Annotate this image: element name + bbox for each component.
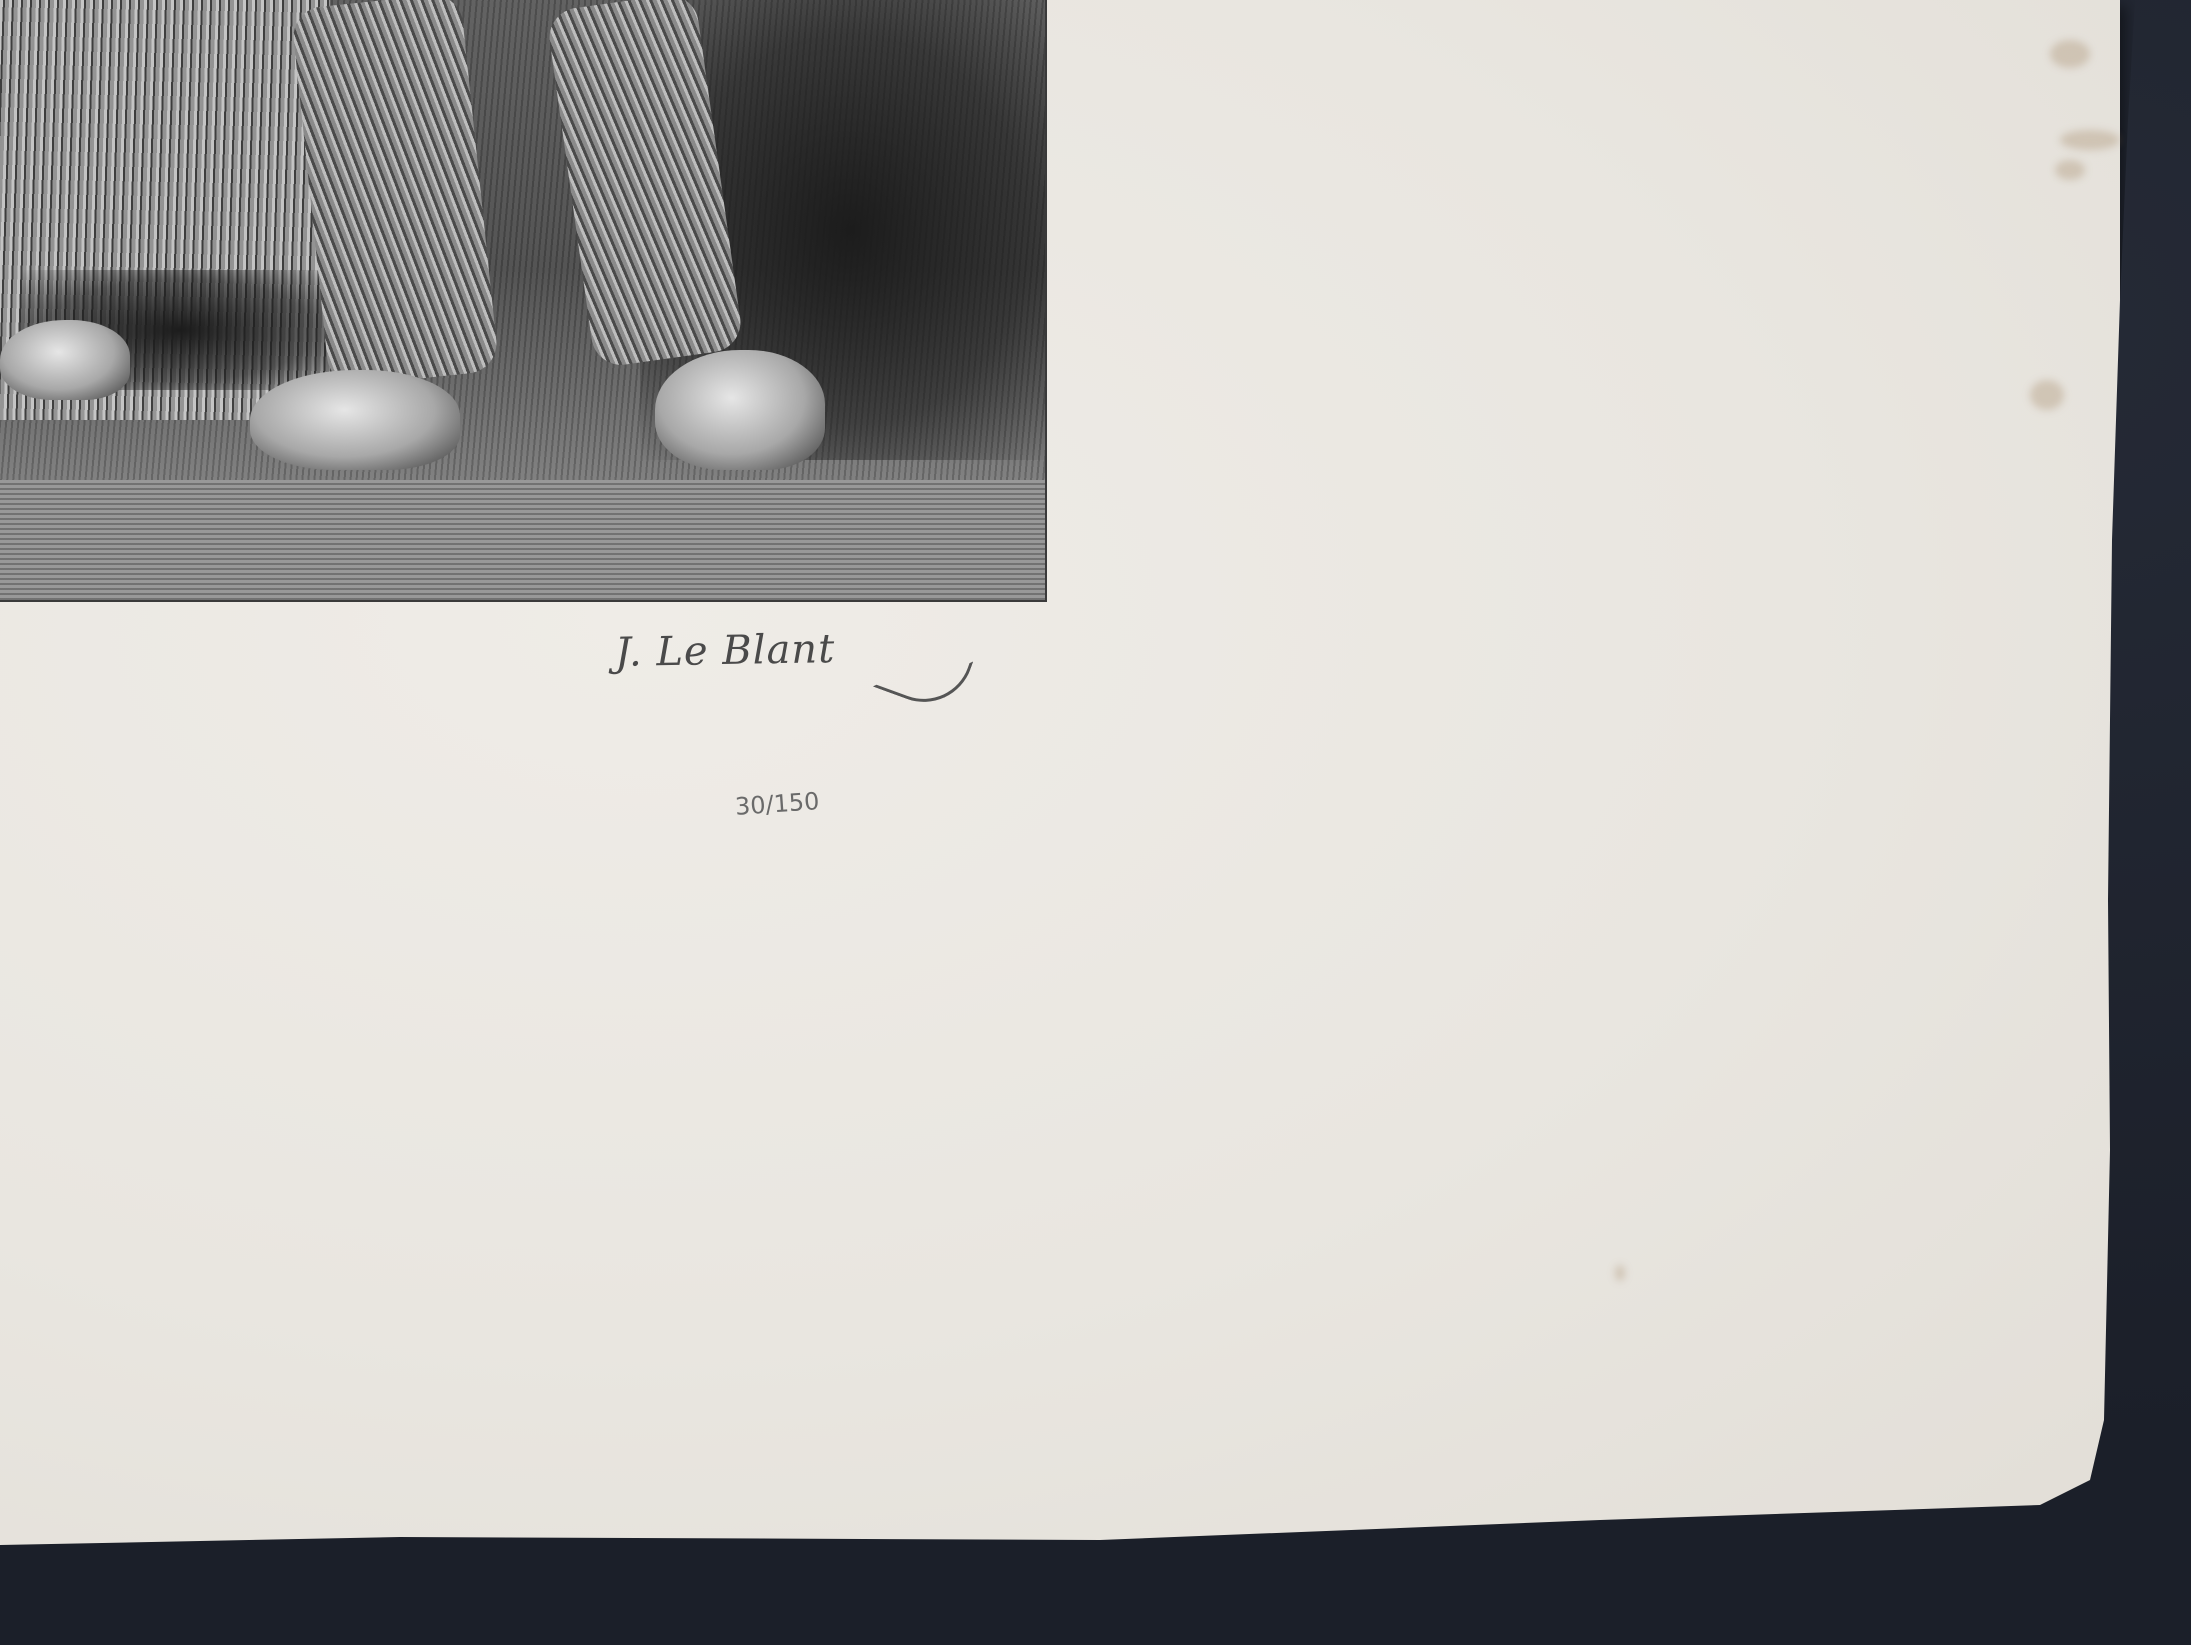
skirt-figure-shoe <box>0 320 130 400</box>
foxing-stain <box>2060 130 2120 150</box>
lithograph-image <box>0 0 1047 602</box>
left-boot <box>250 370 460 470</box>
right-boot <box>655 350 825 470</box>
edition-number: 30/150 <box>734 787 820 821</box>
signature-swash <box>873 632 974 716</box>
artist-signature: J. Le Blant <box>615 626 836 676</box>
foxing-stain <box>2030 380 2064 410</box>
foxing-stain <box>2050 40 2090 68</box>
foxing-stain <box>2055 160 2085 180</box>
foxing-stain <box>1615 1265 1625 1281</box>
print-paper-sheet: J. Le Blant 30/150 <box>0 0 2120 1545</box>
ground-plane <box>0 480 1045 600</box>
